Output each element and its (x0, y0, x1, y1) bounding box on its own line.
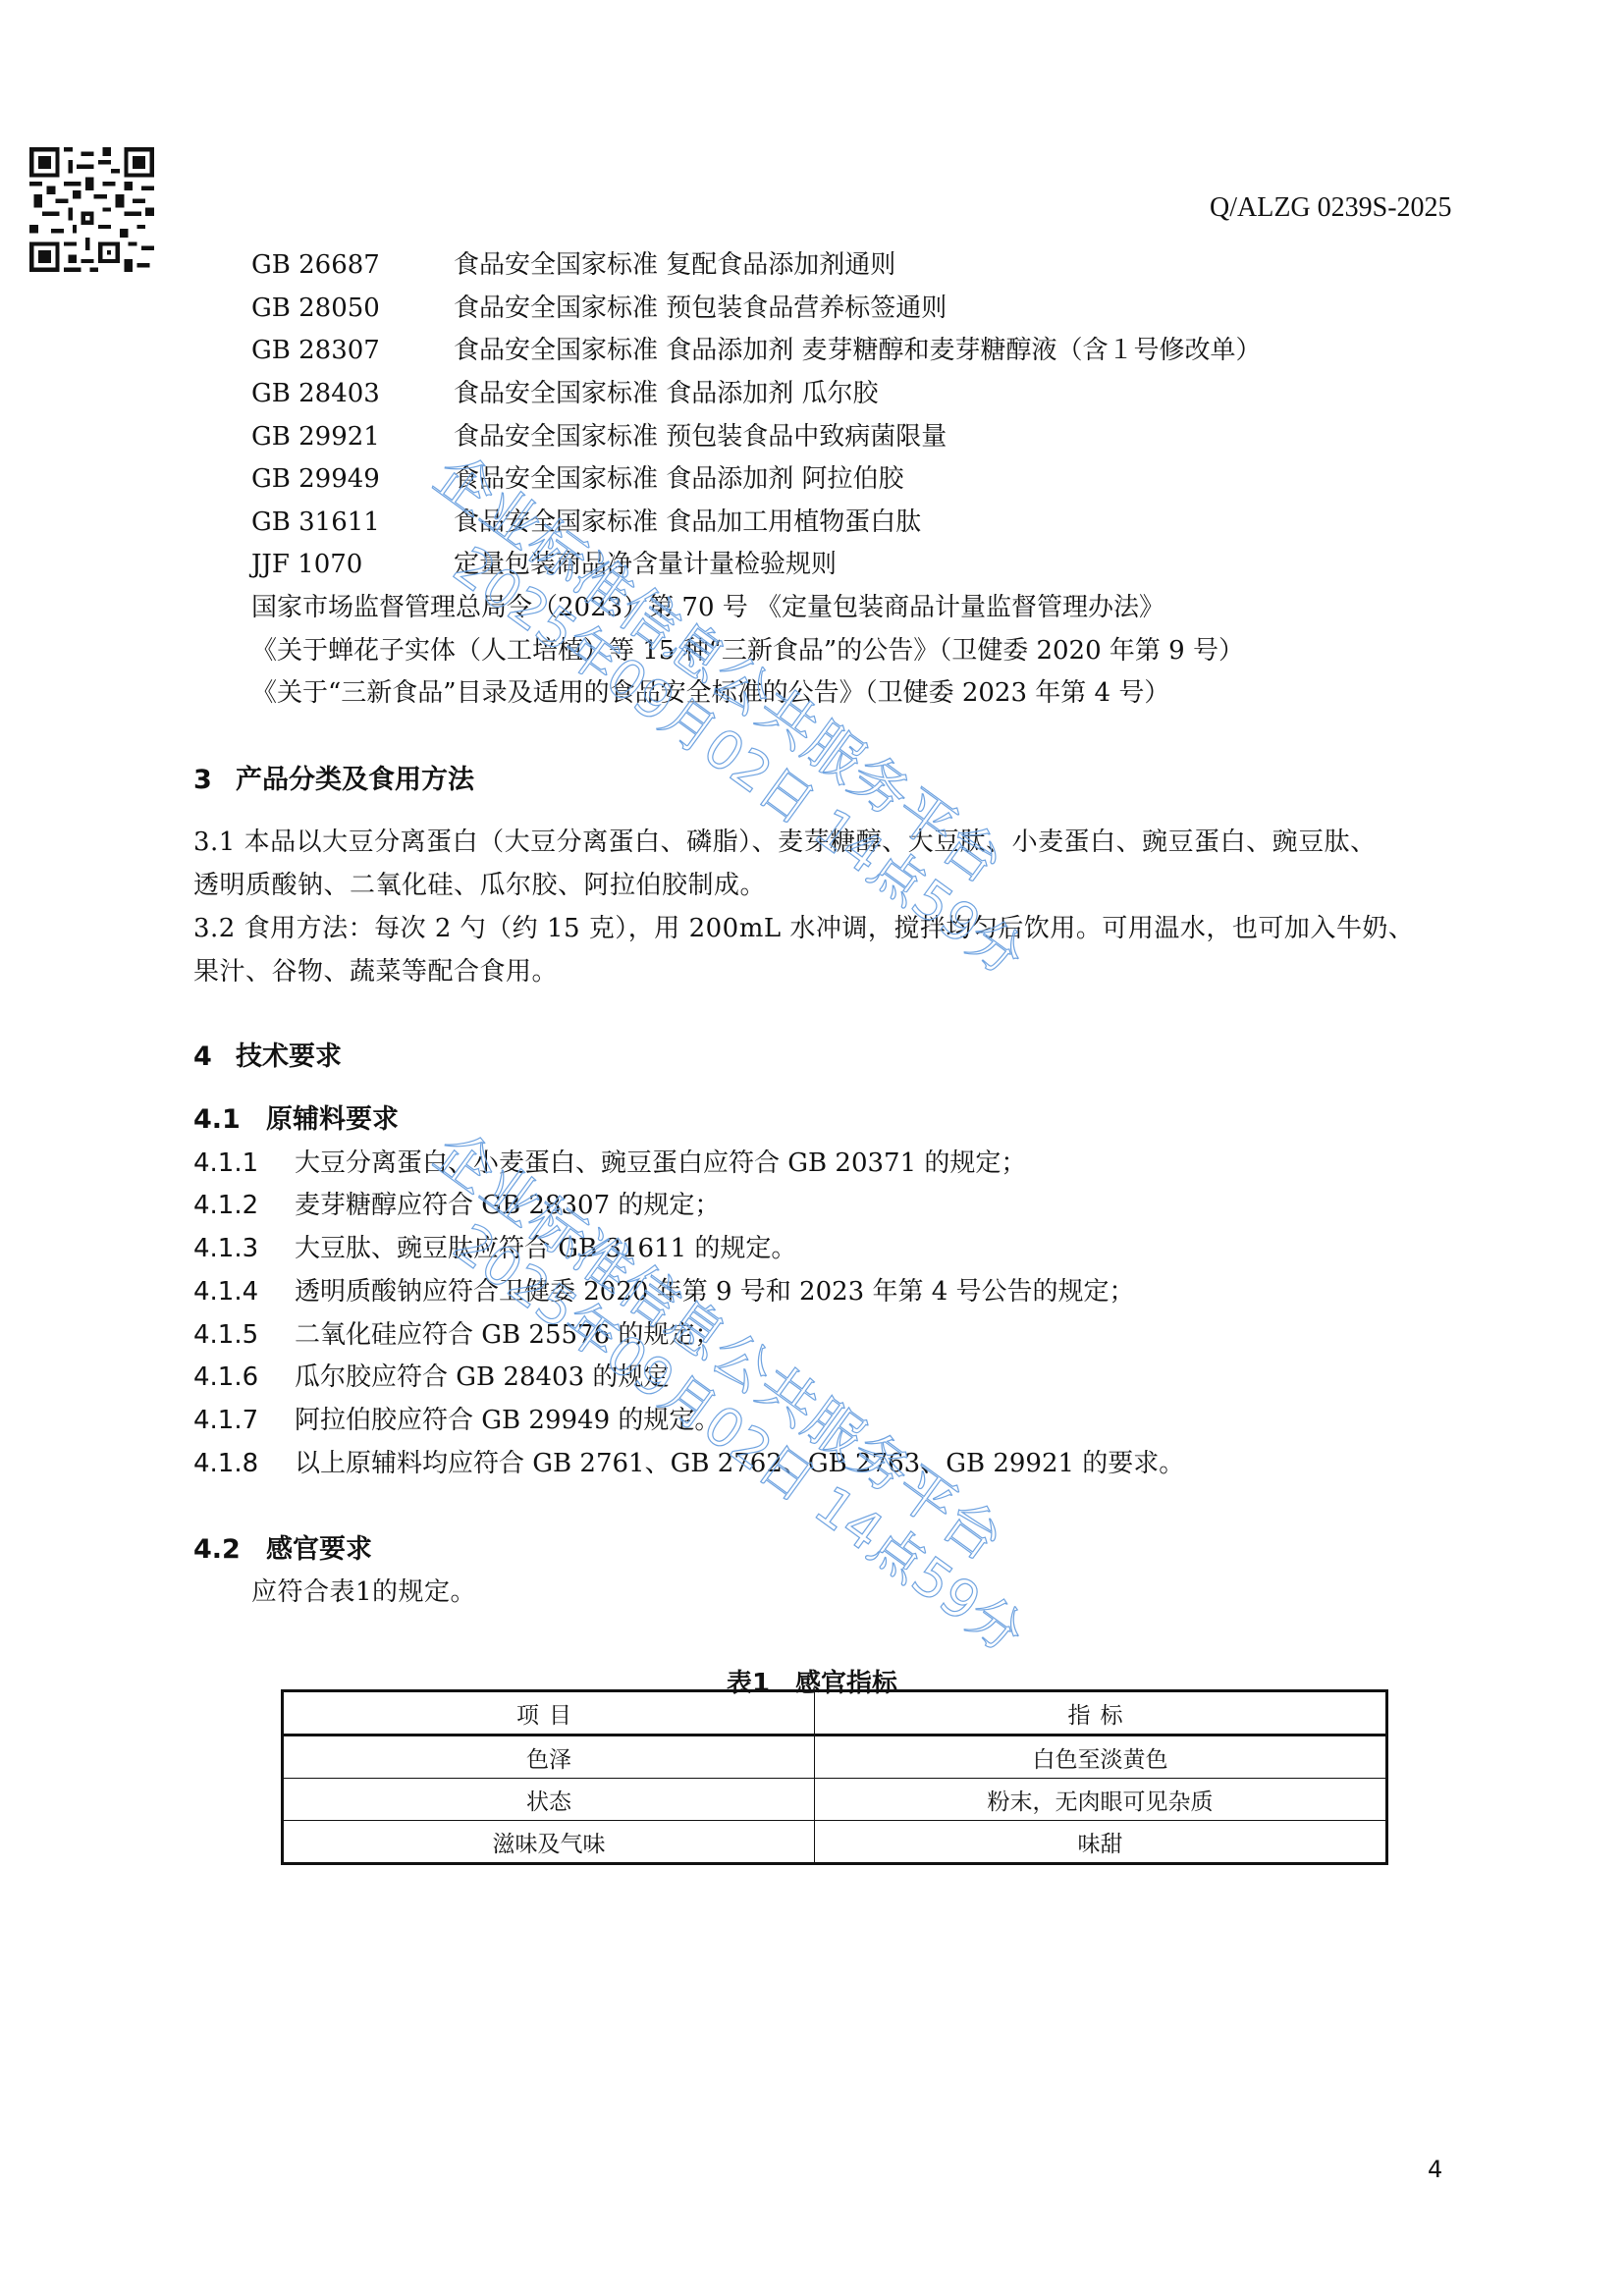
reference-title: 食品安全国家标准 预包装食品中致病菌限量 (454, 424, 947, 450)
reference-code: GB 31611 (251, 509, 380, 535)
document-code: Q/ALZG 0239S-2025 (1210, 194, 1452, 222)
table-header-cell: 指标 (815, 1691, 1387, 1735)
clause-number: 4.1.5 (193, 1322, 258, 1348)
page-number: 4 (1428, 2158, 1442, 2181)
reference-code: JJF 1070 (251, 552, 362, 577)
table-cell: 粉末，无肉眼可见杂质 (815, 1779, 1387, 1821)
section-heading-number: 3 (193, 767, 212, 793)
table-cell: 色泽 (283, 1735, 815, 1779)
qr-code-icon (29, 147, 154, 272)
section-heading-title: 产品分类及食用方法 (236, 767, 474, 793)
paragraph-line: 3.1 本品以大豆分离蛋白（大豆分离蛋白、磷脂）、麦芽糖醇、大豆肽、小麦蛋白、豌… (193, 829, 1377, 855)
table-cell: 状态 (283, 1779, 815, 1821)
reference-note: 《关于蝉花子实体（人工培植）等 15 种“三新食品”的公告》（卫健委 2020 … (251, 638, 1244, 664)
clause-text: 大豆肽、豌豆肽应符合 GB 31611 的规定。 (295, 1236, 796, 1261)
document-page: Q/ALZG 0239S-2025 GB 26687 食品安全国家标准 复配食品… (0, 0, 1624, 2296)
subsection-heading-number: 4.1 (193, 1106, 241, 1133)
clause-text: 透明质酸钠应符合卫健委 2020 年第 9 号和 2023 年第 4 号公告的规… (295, 1279, 1135, 1305)
section-heading-title: 技术要求 (236, 1043, 342, 1070)
sensory-table: 项目 指标 色泽 白色至淡黄色 状态 粉末，无肉眼可见杂质 滋味及气味 味甜 (281, 1689, 1388, 1865)
reference-code: GB 28403 (251, 381, 380, 406)
subsection-heading-title: 原辅料要求 (266, 1106, 399, 1133)
clause-number: 4.1.8 (193, 1451, 258, 1476)
clause-number: 4.1.3 (193, 1236, 258, 1261)
section-heading-number: 4 (193, 1043, 212, 1070)
clause-text: 麦芽糖醇应符合 GB 28307 的规定； (295, 1193, 720, 1218)
paragraph-line: 应符合表1的规定。 (251, 1579, 476, 1605)
clause-text: 大豆分离蛋白、小麦蛋白、豌豆蛋白应符合 GB 20371 的规定； (295, 1150, 1026, 1176)
clause-text: 阿拉伯胶应符合 GB 29949 的规定。 (295, 1408, 720, 1433)
paragraph-line: 果汁、谷物、蔬菜等配合食用。 (193, 959, 558, 985)
table-cell: 白色至淡黄色 (815, 1735, 1387, 1779)
paragraph-line: 3.2 食用方法：每次 2 勺（约 15 克），用 200mL 水冲调，搅拌均匀… (193, 916, 1414, 941)
subsection-heading-title: 感官要求 (266, 1536, 372, 1563)
table-cell: 味甜 (815, 1821, 1387, 1864)
reference-code: GB 26687 (251, 252, 380, 278)
clause-number: 4.1.7 (193, 1408, 258, 1433)
reference-code: GB 28050 (251, 295, 380, 321)
clause-number: 4.1.6 (193, 1364, 258, 1390)
clause-text: 二氧化硅应符合 GB 25576 的规定； (295, 1322, 720, 1348)
table-row: 滋味及气味 味甜 (283, 1821, 1387, 1864)
table-header-cell: 项目 (283, 1691, 815, 1735)
clause-text: 瓜尔胶应符合 GB 28403 的规定 (295, 1364, 669, 1390)
reference-title: 食品安全国家标准 复配食品添加剂通则 (454, 252, 895, 278)
reference-code: GB 28307 (251, 338, 380, 363)
table-header-row: 项目 指标 (283, 1691, 1387, 1735)
reference-title: 食品安全国家标准 食品添加剂 麦芽糖醇和麦芽糖醇液（含１号修改单） (454, 338, 1262, 363)
reference-title: 食品安全国家标准 食品加工用植物蛋白肽 (454, 509, 921, 535)
paragraph-line: 透明质酸钠、二氧化硅、瓜尔胶、阿拉伯胶制成。 (193, 873, 766, 898)
clause-number: 4.1.1 (193, 1150, 258, 1176)
reference-code: GB 29949 (251, 466, 380, 492)
reference-code: GB 29921 (251, 424, 380, 450)
reference-title: 定量包装商品净含量计量检验规则 (454, 552, 837, 577)
reference-note: 《关于“三新食品”目录及适用的食品安全标准的公告》（卫健委 2023 年第 4 … (251, 680, 1169, 706)
reference-title: 食品安全国家标准 预包装食品营养标签通则 (454, 295, 947, 321)
clause-number: 4.1.2 (193, 1193, 258, 1218)
subsection-heading-number: 4.2 (193, 1536, 241, 1563)
reference-title: 食品安全国家标准 食品添加剂 阿拉伯胶 (454, 466, 904, 492)
table-row: 状态 粉末，无肉眼可见杂质 (283, 1779, 1387, 1821)
clause-number: 4.1.4 (193, 1279, 258, 1305)
reference-title: 食品安全国家标准 食品添加剂 瓜尔胶 (454, 381, 879, 406)
clause-text: 以上原辅料均应符合 GB 2761、GB 2762、GB 2763、GB 299… (295, 1451, 1184, 1476)
table-cell: 滋味及气味 (283, 1821, 815, 1864)
table-row: 色泽 白色至淡黄色 (283, 1735, 1387, 1779)
reference-note: 国家市场监督管理总局令（2023）第 70 号 《定量包装商品计量监督管理办法》 (251, 595, 1164, 620)
